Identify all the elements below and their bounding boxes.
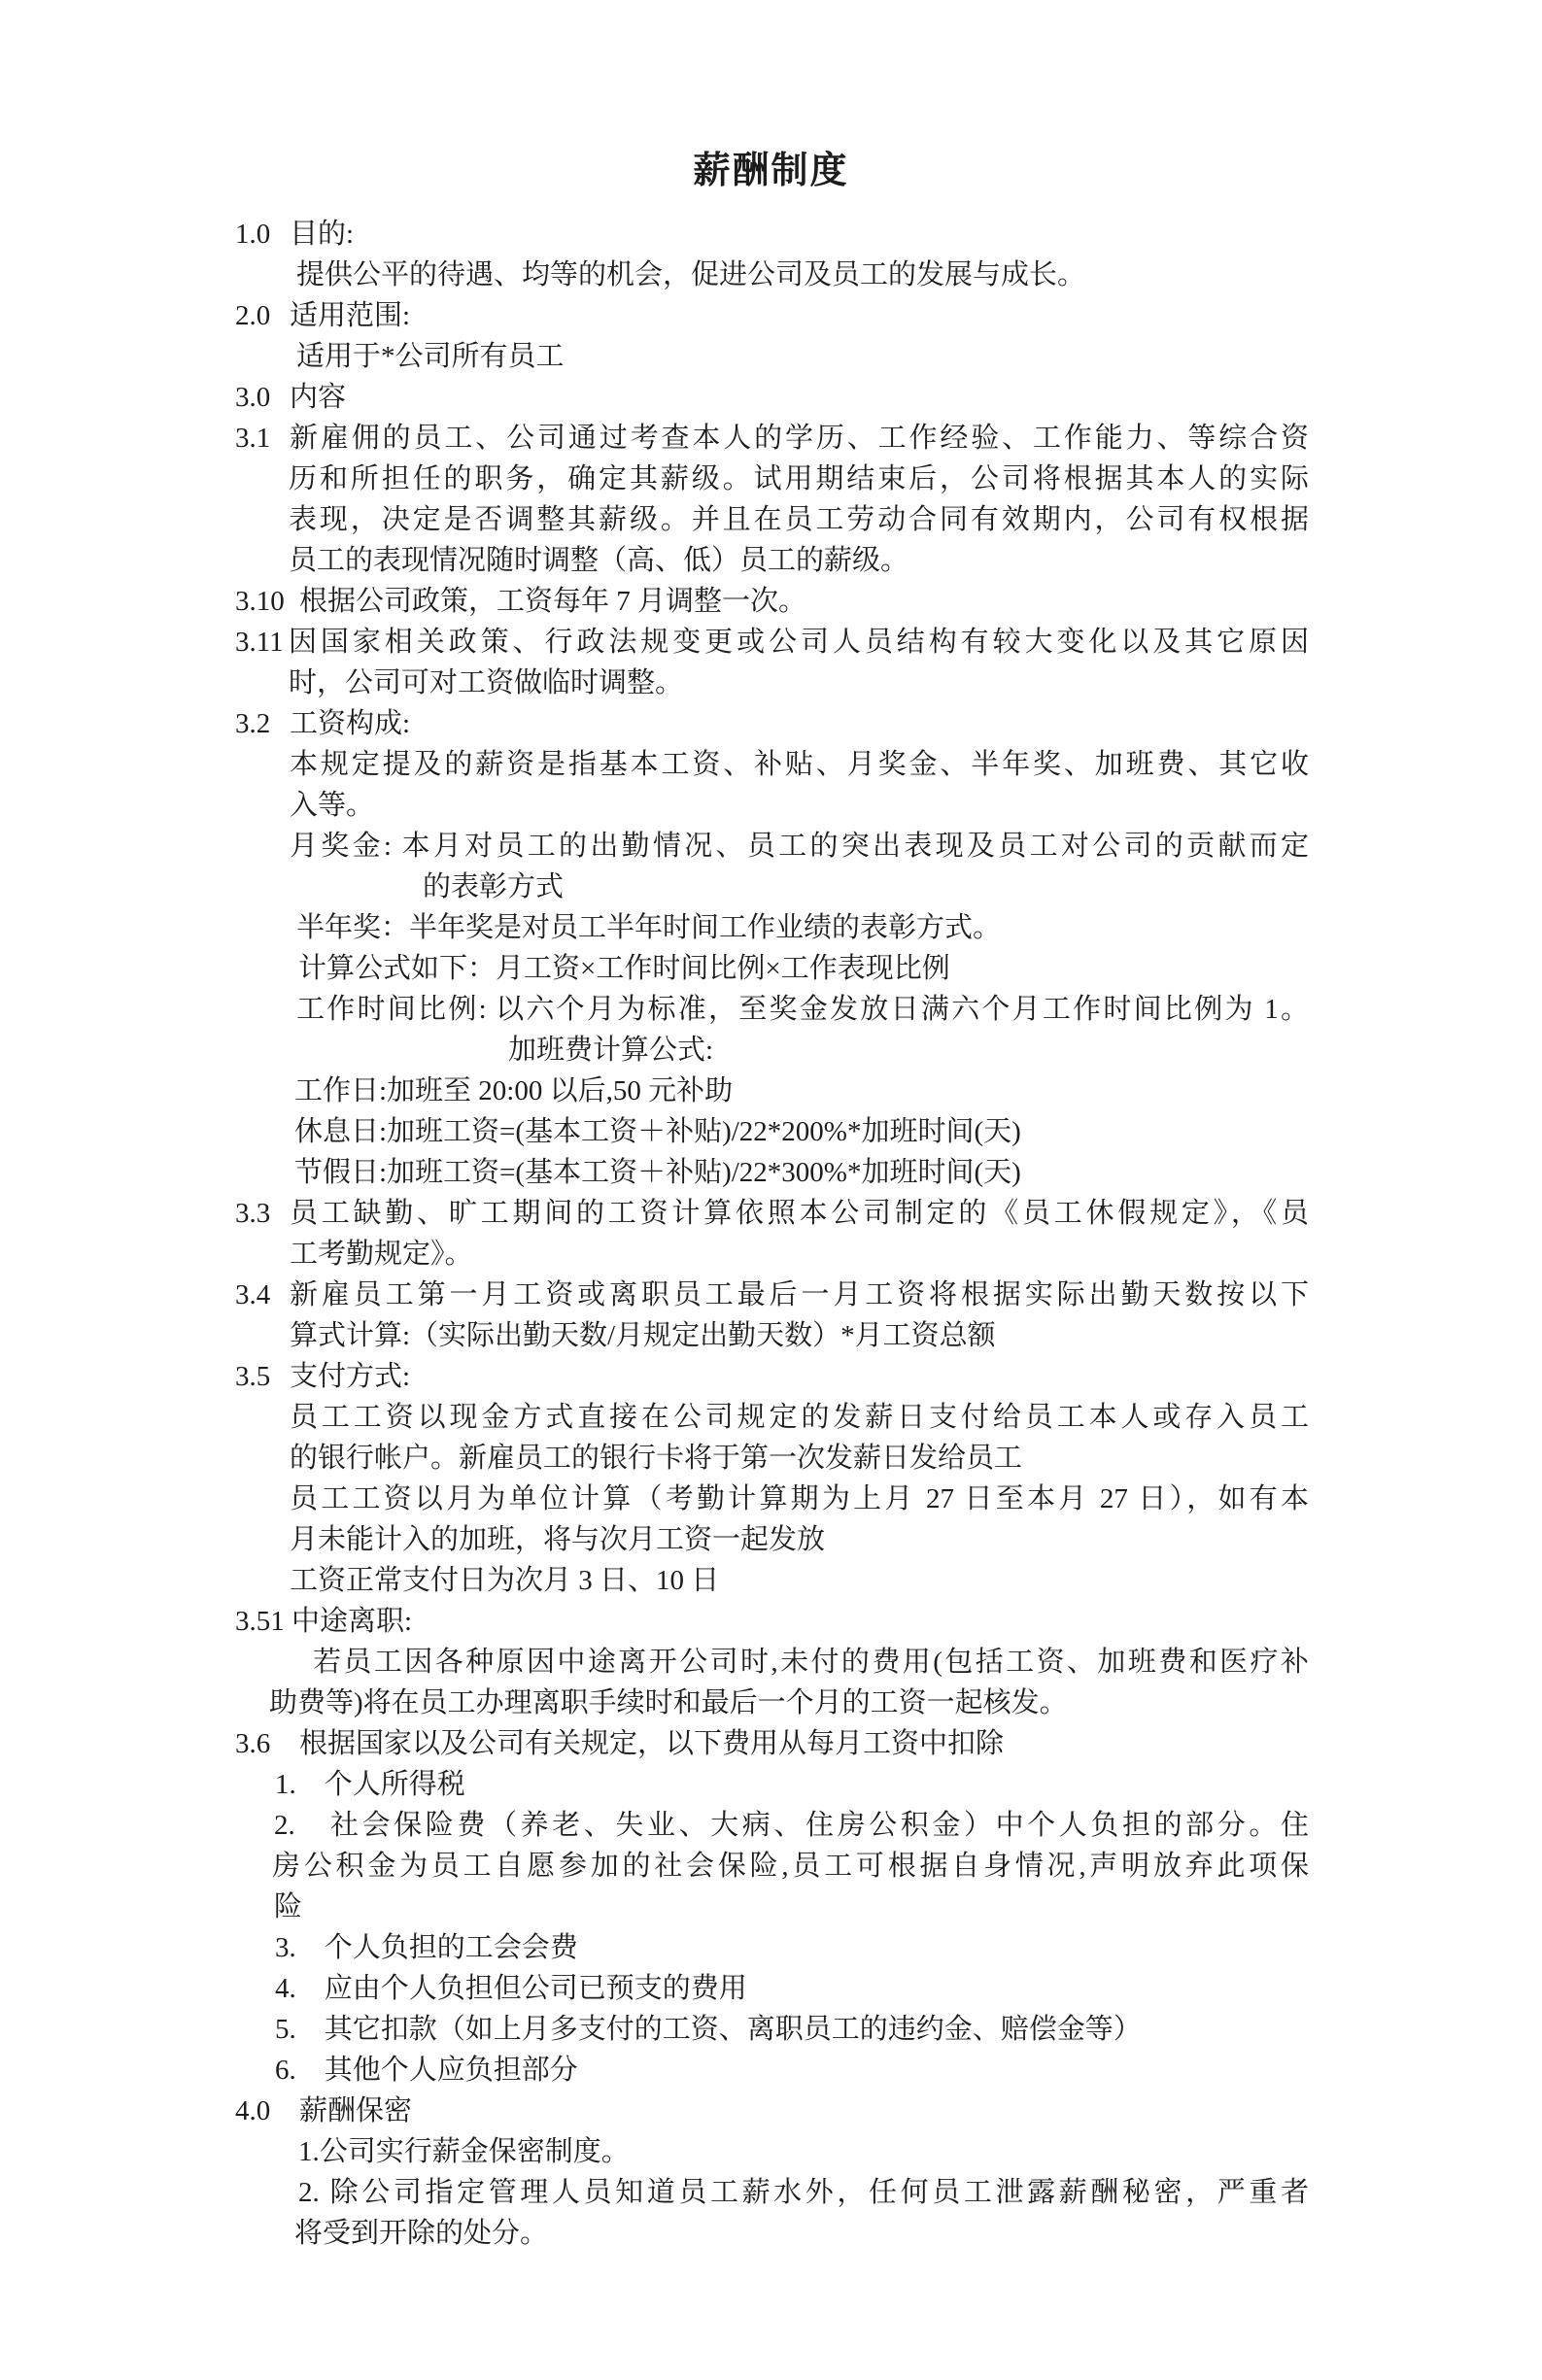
doc-line: 本规定提及的薪资是指基本工资、补贴、月奖金、半年奖、加班费、其它收 bbox=[235, 744, 1382, 785]
line-text: 休息日:加班工资=(基本工资＋补贴)/22*200%*加班时间(天) bbox=[294, 1111, 1382, 1152]
doc-line: 员工工资以现金方式直接在公司规定的发薪日支付给员工本人或存入员工 bbox=[235, 1397, 1382, 1438]
line-text: 2. 社会保险费（养老、失业、大病、住房公积金）中个人负担的部分。住 bbox=[274, 1805, 1309, 1846]
line-text: 本规定提及的薪资是指基本工资、补贴、月奖金、半年奖、加班费、其它收 bbox=[290, 744, 1309, 785]
doc-line: 险 bbox=[235, 1887, 1382, 1927]
doc-line: 将受到开除的处分。 bbox=[235, 2213, 1382, 2254]
doc-line: 2. 社会保险费（养老、失业、大病、住房公积金）中个人负担的部分。住 bbox=[235, 1805, 1382, 1846]
line-text: 若员工因各种原因中途离开公司时,未付的费用(包括工资、加班费和医疗补 bbox=[313, 1642, 1309, 1683]
doc-line: 时，公司可对工资做临时调整。 bbox=[235, 663, 1382, 703]
line-text: 内容 bbox=[290, 377, 1382, 418]
line-text: 因国家相关政策、行政法规变更或公司人员结构有较大变化以及其它原因 bbox=[289, 622, 1309, 663]
section-number: 2.0 bbox=[235, 295, 270, 336]
line-text: 将受到开除的处分。 bbox=[294, 2213, 1382, 2254]
doc-line: 3.51中途离职: bbox=[235, 1601, 1382, 1642]
document-title: 薪酬制度 bbox=[0, 146, 1542, 196]
doc-line: 3.11因国家相关政策、行政法规变更或公司人员结构有较大变化以及其它原因 bbox=[235, 622, 1382, 663]
doc-line: 适用于*公司所有员工 bbox=[235, 336, 1382, 377]
doc-line: 表现，决定是否调整其薪级。并且在员工劳动合同有效期内，公司有权根据 bbox=[235, 499, 1382, 540]
line-text: 4. 应由个人负担但公司已预支的费用 bbox=[275, 1968, 1382, 2009]
line-text: 工资构成: bbox=[290, 703, 1382, 744]
section-number: 3.6 bbox=[235, 1723, 270, 1764]
line-text: 2. 除公司指定管理人员知道员工薪水外，任何员工泄露薪酬秘密，严重者 bbox=[298, 2172, 1309, 2213]
doc-line: 3.4新雇员工第一月工资或离职员工最后一月工资将根据实际出勤天数按以下 bbox=[235, 1275, 1382, 1315]
doc-line: 员工的表现情况随时调整（高、低）员工的薪级。 bbox=[235, 540, 1382, 581]
doc-line: 3.2工资构成: bbox=[235, 703, 1382, 744]
doc-line: 提供公平的待遇、均等的机会，促进公司及员工的发展与成长。 bbox=[235, 255, 1382, 295]
doc-line: 助费等)将在员工办理离职手续时和最后一个月的工资一起核发。 bbox=[235, 1683, 1382, 1723]
doc-line: 加班费计算公式: bbox=[235, 1030, 1382, 1071]
line-text: 员工缺勤、旷工期间的工资计算依照本公司制定的《员工休假规定》，《员 bbox=[290, 1193, 1309, 1234]
doc-line: 5. 其它扣款（如上月多支付的工资、离职员工的违约金、赔偿金等） bbox=[235, 2009, 1382, 2050]
line-text: 计算公式如下：月工资×工作时间比例×工作表现比例 bbox=[298, 948, 1382, 989]
doc-line: 休息日:加班工资=(基本工资＋补贴)/22*200%*加班时间(天) bbox=[235, 1111, 1382, 1152]
doc-line: 3.6根据国家以及公司有关规定，以下费用从每月工资中扣除 bbox=[235, 1723, 1382, 1764]
doc-line: 工作日:加班至 20:00 以后,50 元补助 bbox=[235, 1071, 1382, 1111]
line-text: 险 bbox=[274, 1887, 1382, 1927]
doc-line: 若员工因各种原因中途离开公司时,未付的费用(包括工资、加班费和医疗补 bbox=[235, 1642, 1382, 1683]
line-text: 算式计算:（实际出勤天数/月规定出勤天数）*月工资总额 bbox=[290, 1315, 1382, 1356]
line-text: 3. 个人负担的工会会费 bbox=[275, 1927, 1382, 1968]
doc-line: 2.0适用范围: bbox=[235, 295, 1382, 336]
doc-line: 的银行帐户。新雇员工的银行卡将于第一次发薪日发给员工 bbox=[235, 1438, 1382, 1479]
doc-line: 3.3员工缺勤、旷工期间的工资计算依照本公司制定的《员工休假规定》，《员 bbox=[235, 1193, 1382, 1234]
doc-line: 1.公司实行薪金保密制度。 bbox=[235, 2131, 1382, 2172]
line-text: 员工工资以现金方式直接在公司规定的发薪日支付给员工本人或存入员工 bbox=[290, 1397, 1309, 1438]
line-text: 薪酬保密 bbox=[299, 2091, 1382, 2131]
section-number: 1.0 bbox=[235, 214, 270, 255]
line-text: 适用于*公司所有员工 bbox=[296, 336, 1382, 377]
line-text: 5. 其它扣款（如上月多支付的工资、离职员工的违约金、赔偿金等） bbox=[275, 2009, 1382, 2050]
line-text: 工作时间比例: 以六个月为标准，至奖金发放日满六个月工作时间比例为 1。 bbox=[296, 989, 1309, 1030]
line-text: 助费等)将在员工办理离职手续时和最后一个月的工资一起核发。 bbox=[269, 1683, 1382, 1723]
doc-line: 3.10根据公司政策，工资每年 7 月调整一次。 bbox=[235, 581, 1382, 622]
doc-line: 4. 应由个人负担但公司已预支的费用 bbox=[235, 1968, 1382, 2009]
line-text: 员工的表现情况随时调整（高、低）员工的薪级。 bbox=[289, 540, 1382, 581]
line-text: 房公积金为员工自愿参加的社会保险,员工可根据自身情况,声明放弃此项保 bbox=[272, 1846, 1309, 1887]
doc-line: 1. 个人所得税 bbox=[235, 1764, 1382, 1805]
line-text: 1. 个人所得税 bbox=[275, 1764, 1382, 1805]
line-text: 目的: bbox=[290, 214, 1382, 255]
section-number: 4.0 bbox=[235, 2091, 270, 2131]
line-text: 工资正常支付日为次月 3 日、10 日 bbox=[290, 1560, 1382, 1601]
line-text: 新雇员工第一月工资或离职员工最后一月工资将根据实际出勤天数按以下 bbox=[290, 1275, 1309, 1315]
section-number: 3.5 bbox=[235, 1356, 270, 1397]
doc-line: 计算公式如下：月工资×工作时间比例×工作表现比例 bbox=[235, 948, 1382, 989]
line-text: 适用范围: bbox=[290, 295, 1382, 336]
doc-line: 3.5支付方式: bbox=[235, 1356, 1382, 1397]
line-text: 工考勤规定》。 bbox=[290, 1234, 1382, 1275]
line-text: 6. 其他个人应负担部分 bbox=[275, 2050, 1382, 2091]
line-text: 新雇佣的员工、公司通过考查本人的学历、工作经验、工作能力、等综合资 bbox=[290, 418, 1309, 459]
doc-line: 房公积金为员工自愿参加的社会保险,员工可根据自身情况,声明放弃此项保 bbox=[235, 1846, 1382, 1887]
line-text: 时，公司可对工资做临时调整。 bbox=[289, 663, 1382, 703]
doc-line: 1.0目的: bbox=[235, 214, 1382, 255]
section-number: 3.0 bbox=[235, 377, 270, 418]
doc-line: 入等。 bbox=[235, 785, 1382, 826]
section-number: 3.3 bbox=[235, 1193, 270, 1234]
document-page: 薪酬制度 1.0目的:提供公平的待遇、均等的机会，促进公司及员工的发展与成长。2… bbox=[0, 0, 1542, 2380]
line-text: 支付方式: bbox=[290, 1356, 1382, 1397]
line-text: 中途离职: bbox=[291, 1601, 1382, 1642]
line-text: 提供公平的待遇、均等的机会，促进公司及员工的发展与成长。 bbox=[296, 255, 1382, 295]
doc-line: 工资正常支付日为次月 3 日、10 日 bbox=[235, 1560, 1382, 1601]
doc-line: 历和所担任的职务，确定其薪级。试用期结束后，公司将根据其本人的实际 bbox=[235, 459, 1382, 499]
doc-line: 半年奖：半年奖是对员工半年时间工作业绩的表彰方式。 bbox=[235, 907, 1382, 948]
line-text: 入等。 bbox=[290, 785, 1382, 826]
doc-line: 3.1新雇佣的员工、公司通过考查本人的学历、工作经验、工作能力、等综合资 bbox=[235, 418, 1382, 459]
section-number: 3.4 bbox=[235, 1275, 270, 1315]
doc-line: 工作时间比例: 以六个月为标准，至奖金发放日满六个月工作时间比例为 1。 bbox=[235, 989, 1382, 1030]
doc-line: 月未能计入的加班，将与次月工资一起发放 bbox=[235, 1519, 1382, 1560]
section-number: 3.2 bbox=[235, 703, 270, 744]
section-number: 3.1 bbox=[235, 418, 270, 459]
doc-line: 的表彰方式 bbox=[235, 867, 1382, 907]
doc-line: 节假日:加班工资=(基本工资＋补贴)/22*300%*加班时间(天) bbox=[235, 1152, 1382, 1193]
doc-line: 算式计算:（实际出勤天数/月规定出勤天数）*月工资总额 bbox=[235, 1315, 1382, 1356]
doc-line: 6. 其他个人应负担部分 bbox=[235, 2050, 1382, 2091]
line-text: 月未能计入的加班，将与次月工资一起发放 bbox=[290, 1519, 1382, 1560]
doc-line: 4.0薪酬保密 bbox=[235, 2091, 1382, 2131]
section-number: 3.10 bbox=[235, 581, 285, 622]
section-number: 3.11 bbox=[235, 622, 284, 663]
doc-line: 3.0内容 bbox=[235, 377, 1382, 418]
line-text: 加班费计算公式: bbox=[508, 1030, 1382, 1071]
line-text: 节假日:加班工资=(基本工资＋补贴)/22*300%*加班时间(天) bbox=[294, 1152, 1382, 1193]
line-text: 工作日:加班至 20:00 以后,50 元补助 bbox=[294, 1071, 1382, 1111]
doc-line: 工考勤规定》。 bbox=[235, 1234, 1382, 1275]
doc-line: 3. 个人负担的工会会费 bbox=[235, 1927, 1382, 1968]
line-text: 根据公司政策，工资每年 7 月调整一次。 bbox=[299, 581, 1382, 622]
doc-line: 2. 除公司指定管理人员知道员工薪水外，任何员工泄露薪酬秘密，严重者 bbox=[235, 2172, 1382, 2213]
section-number: 3.51 bbox=[235, 1601, 285, 1642]
line-text: 表现，决定是否调整其薪级。并且在员工劳动合同有效期内，公司有权根据 bbox=[289, 499, 1309, 540]
line-text: 半年奖：半年奖是对员工半年时间工作业绩的表彰方式。 bbox=[296, 907, 1382, 948]
doc-line: 员工工资以月为单位计算（考勤计算期为上月 27 日至本月 27 日），如有本 bbox=[235, 1479, 1382, 1519]
line-text: 的表彰方式 bbox=[423, 867, 1382, 907]
line-text: 员工工资以月为单位计算（考勤计算期为上月 27 日至本月 27 日），如有本 bbox=[290, 1479, 1309, 1519]
doc-line: 月奖金: 本月对员工的出勤情况、员工的突出表现及员工对公司的贡献而定 bbox=[235, 826, 1382, 867]
line-text: 月奖金: 本月对员工的出勤情况、员工的突出表现及员工对公司的贡献而定 bbox=[290, 826, 1309, 867]
line-text: 历和所担任的职务，确定其薪级。试用期结束后，公司将根据其本人的实际 bbox=[289, 459, 1309, 499]
document-body: 1.0目的:提供公平的待遇、均等的机会，促进公司及员工的发展与成长。2.0适用范… bbox=[235, 214, 1382, 2254]
line-text: 1.公司实行薪金保密制度。 bbox=[298, 2131, 1382, 2172]
line-text: 的银行帐户。新雇员工的银行卡将于第一次发薪日发给员工 bbox=[290, 1438, 1382, 1479]
line-text: 根据国家以及公司有关规定，以下费用从每月工资中扣除 bbox=[299, 1723, 1382, 1764]
